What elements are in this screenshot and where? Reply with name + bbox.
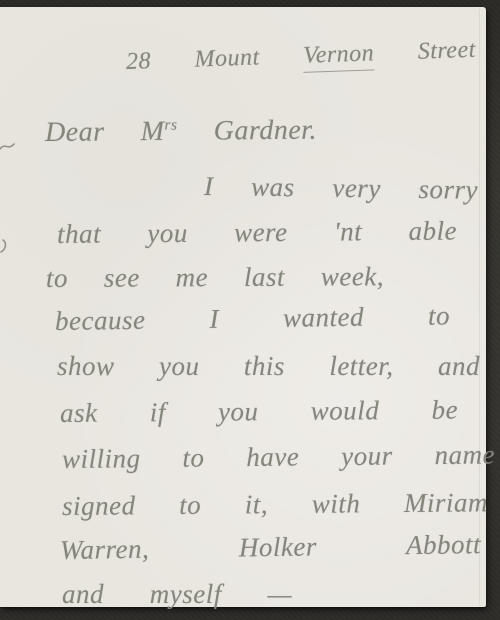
body-line-10: and myself — [62,579,292,610]
salutation-superscript: rs [164,117,177,134]
body-line-8: signed to it, with Miriam [62,487,488,522]
salutation-prefix: Dear M [45,116,165,148]
body-line-4: because I wanted to [55,300,450,337]
body-line-2: that you were 'nt able [57,216,457,250]
salutation-line: Dear Mrs Gardner. [45,115,317,149]
address-line: 28 Mount Vernon Street [126,37,477,76]
body-line-1: I was very sorry [204,171,478,206]
body-line-9: Warren, Holker Abbott [60,529,481,566]
photograph-dark-background: 28 Mount Vernon Street Dear Mrs Gardner.… [0,0,500,620]
body-line-3: to see me last week, [46,261,384,294]
address-part-2: Street [374,37,477,67]
body-line-7: willing to have your name [62,439,495,475]
body-line-6: ask if you would be [60,395,458,429]
letter-page: 28 Mount Vernon Street Dear Mrs Gardner.… [0,7,486,607]
cut-off-comma-stroke-icon [0,237,10,255]
cut-off-pen-stroke-icon [0,133,18,157]
address-part-1: 28 Mount [126,43,304,75]
salutation-suffix: Gardner. [177,115,317,147]
body-line-5: show you this letter, and [57,351,480,382]
address-underlined-word: Vernon [303,40,375,72]
